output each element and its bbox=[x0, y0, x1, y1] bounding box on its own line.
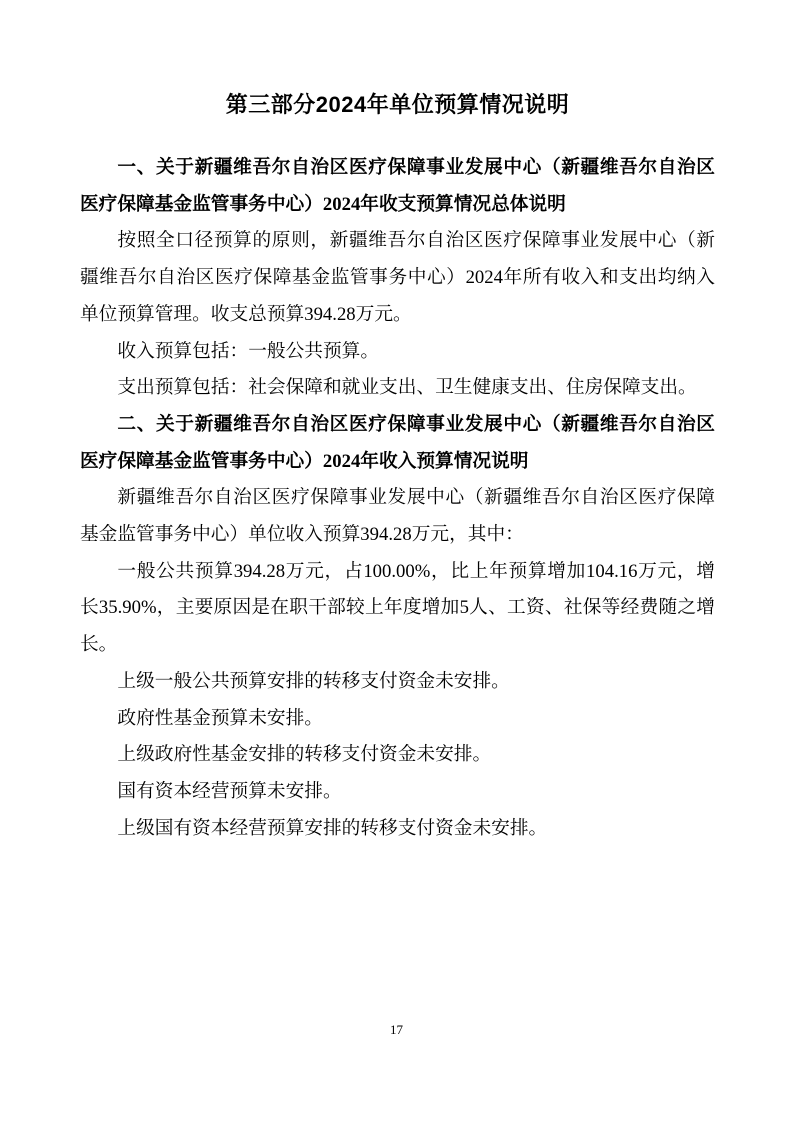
document-title: 第三部分2024年单位预算情况说明 bbox=[80, 86, 715, 123]
para-govt-fund-budget: 政府性基金预算未安排。 bbox=[80, 701, 715, 738]
document-content: 第三部分2024年单位预算情况说明 一、关于新疆维吾尔自治区医疗保障事业发展中心… bbox=[80, 86, 715, 847]
section-two-heading: 二、关于新疆维吾尔自治区医疗保障事业发展中心（新疆维吾尔自治区医疗保障基金监管事… bbox=[80, 407, 715, 480]
page-number: 17 bbox=[0, 1020, 793, 1040]
para-overall-budget: 按照全口径预算的原则，新疆维吾尔自治区医疗保障事业发展中心（新疆维吾尔自治区医疗… bbox=[80, 223, 715, 333]
para-general-public-budget: 一般公共预算394.28万元，占100.00%，比上年预算增加104.16万元，… bbox=[80, 554, 715, 664]
para-expenditure-includes: 支出预算包括：社会保障和就业支出、卫生健康支出、住房保障支出。 bbox=[80, 370, 715, 407]
document-page: 第三部分2024年单位预算情况说明 一、关于新疆维吾尔自治区医疗保障事业发展中心… bbox=[0, 0, 793, 1122]
section-one-heading: 一、关于新疆维吾尔自治区医疗保障事业发展中心（新疆维吾尔自治区医疗保障基金监管事… bbox=[80, 150, 715, 223]
para-superior-state-capital-transfer: 上级国有资本经营预算安排的转移支付资金未安排。 bbox=[80, 811, 715, 848]
para-superior-general-transfer: 上级一般公共预算安排的转移支付资金未安排。 bbox=[80, 664, 715, 701]
para-superior-govt-fund-transfer: 上级政府性基金安排的转移支付资金未安排。 bbox=[80, 737, 715, 774]
para-income-total: 新疆维吾尔自治区医疗保障事业发展中心（新疆维吾尔自治区医疗保障基金监管事务中心）… bbox=[80, 480, 715, 553]
para-state-capital-budget: 国有资本经营预算未安排。 bbox=[80, 774, 715, 811]
para-income-includes: 收入预算包括：一般公共预算。 bbox=[80, 334, 715, 371]
